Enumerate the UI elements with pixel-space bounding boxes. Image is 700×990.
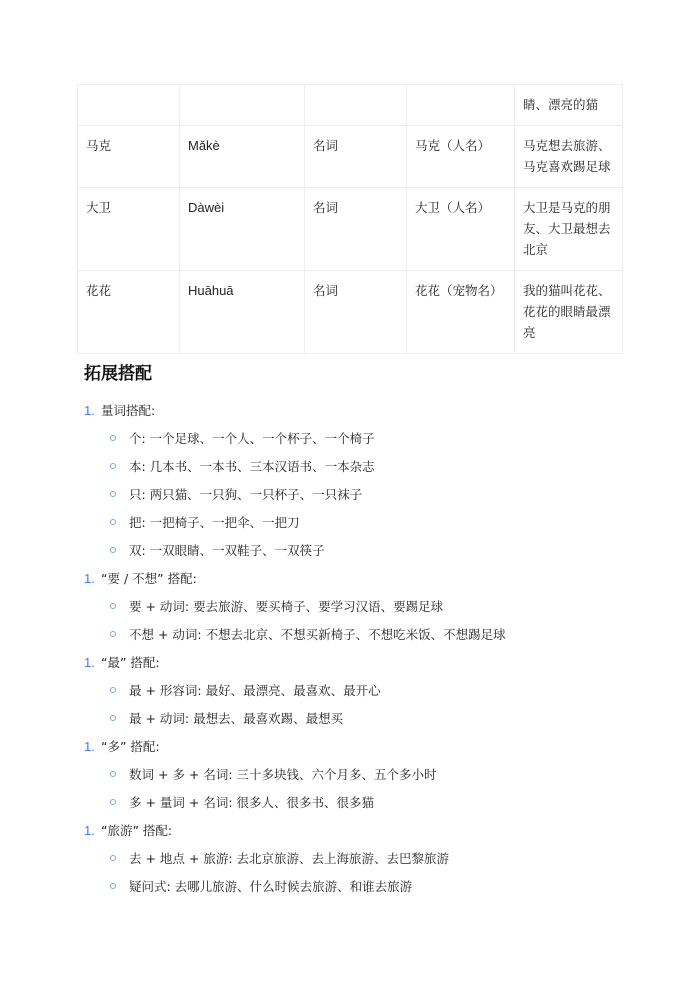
- group-label: 量词搭配:: [101, 401, 155, 419]
- list-item-text: 只: 两只猫、一只狗、一只杯子、一只袜子: [129, 485, 362, 503]
- list-item-text: 最 + 动词: 最想去、最喜欢踢、最想买: [129, 709, 343, 727]
- cell-word: [78, 85, 180, 126]
- list-item: 最 + 动词: 最想去、最喜欢踢、最想买: [84, 704, 624, 732]
- group-heading: 1. “旅游” 搭配:: [84, 816, 624, 844]
- hollow-bullet-icon: [110, 883, 116, 889]
- list-item: 不想 + 动词: 不想去北京、不想买新椅子、不想吃米饭、不想踢足球: [84, 620, 624, 648]
- group-label: “多” 搭配:: [101, 737, 160, 755]
- hollow-bullet-icon: [110, 771, 116, 777]
- list-item-text: 要 + 动词: 要去旅游、要买椅子、要学习汉语、要踢足球: [129, 597, 443, 615]
- group-label: “旅游” 搭配:: [101, 821, 172, 839]
- cell-word: 花花: [78, 271, 180, 354]
- document-page: 睛、漂亮的猫 马克 Mǎkè 名词 马克（人名） 马克想去旅游、马克喜欢踢足球 …: [0, 0, 700, 990]
- cell-example: 睛、漂亮的猫: [515, 85, 623, 126]
- group-label: “要 / 不想” 搭配:: [101, 569, 197, 587]
- list-item: 只: 两只猫、一只狗、一只杯子、一只袜子: [84, 480, 624, 508]
- collocation-group: 1. 量词搭配: 个: 一个足球、一个人、一个杯子、一个椅子 本: 几本书、一本…: [84, 396, 624, 564]
- cell-pinyin: Dàwèi: [180, 188, 305, 271]
- hollow-bullet-icon: [110, 435, 116, 441]
- list-item-text: 最 + 形容词: 最好、最漂亮、最喜欢、最开心: [129, 681, 381, 699]
- list-item: 疑问式: 去哪儿旅游、什么时候去旅游、和谁去旅游: [84, 872, 624, 900]
- group-heading: 1. “最” 搭配:: [84, 648, 624, 676]
- cell-pinyin: Huāhuā: [180, 271, 305, 354]
- table-row: 睛、漂亮的猫: [78, 85, 623, 126]
- cell-meaning: 大卫（人名）: [407, 188, 515, 271]
- group-heading: 1. “要 / 不想” 搭配:: [84, 564, 624, 592]
- list-item: 要 + 动词: 要去旅游、要买椅子、要学习汉语、要踢足球: [84, 592, 624, 620]
- list-item-text: 把: 一把椅子、一把伞、一把刀: [129, 513, 300, 531]
- cell-word: 大卫: [78, 188, 180, 271]
- cell-pos: 名词: [305, 126, 407, 188]
- list-item: 把: 一把椅子、一把伞、一把刀: [84, 508, 624, 536]
- list-number: 1.: [84, 739, 101, 754]
- cell-word: 马克: [78, 126, 180, 188]
- list-item-text: 疑问式: 去哪儿旅游、什么时候去旅游、和谁去旅游: [129, 877, 412, 895]
- hollow-bullet-icon: [110, 463, 116, 469]
- cell-meaning: 马克（人名）: [407, 126, 515, 188]
- collocation-group: 1. “多” 搭配: 数词 + 多 + 名词: 三十多块钱、六个月多、五个多小时…: [84, 732, 624, 816]
- vocabulary-table: 睛、漂亮的猫 马克 Mǎkè 名词 马克（人名） 马克想去旅游、马克喜欢踢足球 …: [77, 84, 623, 354]
- list-item: 个: 一个足球、一个人、一个杯子、一个椅子: [84, 424, 624, 452]
- cell-pinyin: Mǎkè: [180, 126, 305, 188]
- list-item-text: 双: 一双眼睛、一双鞋子、一双筷子: [129, 541, 325, 559]
- cell-pos: 名词: [305, 188, 407, 271]
- collocations-section: 拓展搭配 1. 量词搭配: 个: 一个足球、一个人、一个杯子、一个椅子 本: 几…: [84, 362, 624, 900]
- table-row: 大卫 Dàwèi 名词 大卫（人名） 大卫是马克的朋友、大卫最想去北京: [78, 188, 623, 271]
- hollow-bullet-icon: [110, 603, 116, 609]
- group-heading: 1. 量词搭配:: [84, 396, 624, 424]
- hollow-bullet-icon: [110, 855, 116, 861]
- collocation-group: 1. “最” 搭配: 最 + 形容词: 最好、最漂亮、最喜欢、最开心 最 + 动…: [84, 648, 624, 732]
- cell-example: 大卫是马克的朋友、大卫最想去北京: [515, 188, 623, 271]
- list-item-text: 去 + 地点 + 旅游: 去北京旅游、去上海旅游、去巴黎旅游: [129, 849, 449, 867]
- hollow-bullet-icon: [110, 631, 116, 637]
- hollow-bullet-icon: [110, 547, 116, 553]
- cell-meaning: [407, 85, 515, 126]
- hollow-bullet-icon: [110, 687, 116, 693]
- collocation-group: 1. “旅游” 搭配: 去 + 地点 + 旅游: 去北京旅游、去上海旅游、去巴黎…: [84, 816, 624, 900]
- table-row: 马克 Mǎkè 名词 马克（人名） 马克想去旅游、马克喜欢踢足球: [78, 126, 623, 188]
- list-number: 1.: [84, 655, 101, 670]
- list-item-text: 多 + 量词 + 名词: 很多人、很多书、很多猫: [129, 793, 374, 811]
- group-heading: 1. “多” 搭配:: [84, 732, 624, 760]
- cell-pinyin: [180, 85, 305, 126]
- hollow-bullet-icon: [110, 491, 116, 497]
- list-number: 1.: [84, 571, 101, 586]
- hollow-bullet-icon: [110, 715, 116, 721]
- cell-example: 我的猫叫花花、花花的眼睛最漂亮: [515, 271, 623, 354]
- list-item: 去 + 地点 + 旅游: 去北京旅游、去上海旅游、去巴黎旅游: [84, 844, 624, 872]
- list-item: 多 + 量词 + 名词: 很多人、很多书、很多猫: [84, 788, 624, 816]
- list-item-text: 个: 一个足球、一个人、一个杯子、一个椅子: [129, 429, 375, 447]
- cell-pos: [305, 85, 407, 126]
- list-number: 1.: [84, 823, 101, 838]
- collocation-group: 1. “要 / 不想” 搭配: 要 + 动词: 要去旅游、要买椅子、要学习汉语、…: [84, 564, 624, 648]
- list-number: 1.: [84, 403, 101, 418]
- group-label: “最” 搭配:: [101, 653, 160, 671]
- table-row: 花花 Huāhuā 名词 花花（宠物名） 我的猫叫花花、花花的眼睛最漂亮: [78, 271, 623, 354]
- list-item: 最 + 形容词: 最好、最漂亮、最喜欢、最开心: [84, 676, 624, 704]
- list-item: 数词 + 多 + 名词: 三十多块钱、六个月多、五个多小时: [84, 760, 624, 788]
- cell-pos: 名词: [305, 271, 407, 354]
- list-item: 双: 一双眼睛、一双鞋子、一双筷子: [84, 536, 624, 564]
- list-item-text: 数词 + 多 + 名词: 三十多块钱、六个月多、五个多小时: [129, 765, 437, 783]
- section-title: 拓展搭配: [84, 362, 624, 386]
- list-item: 本: 几本书、一本书、三本汉语书、一本杂志: [84, 452, 624, 480]
- list-item-text: 不想 + 动词: 不想去北京、不想买新椅子、不想吃米饭、不想踢足球: [129, 625, 506, 643]
- cell-example: 马克想去旅游、马克喜欢踢足球: [515, 126, 623, 188]
- list-item-text: 本: 几本书、一本书、三本汉语书、一本杂志: [129, 457, 375, 475]
- cell-meaning: 花花（宠物名）: [407, 271, 515, 354]
- hollow-bullet-icon: [110, 799, 116, 805]
- hollow-bullet-icon: [110, 519, 116, 525]
